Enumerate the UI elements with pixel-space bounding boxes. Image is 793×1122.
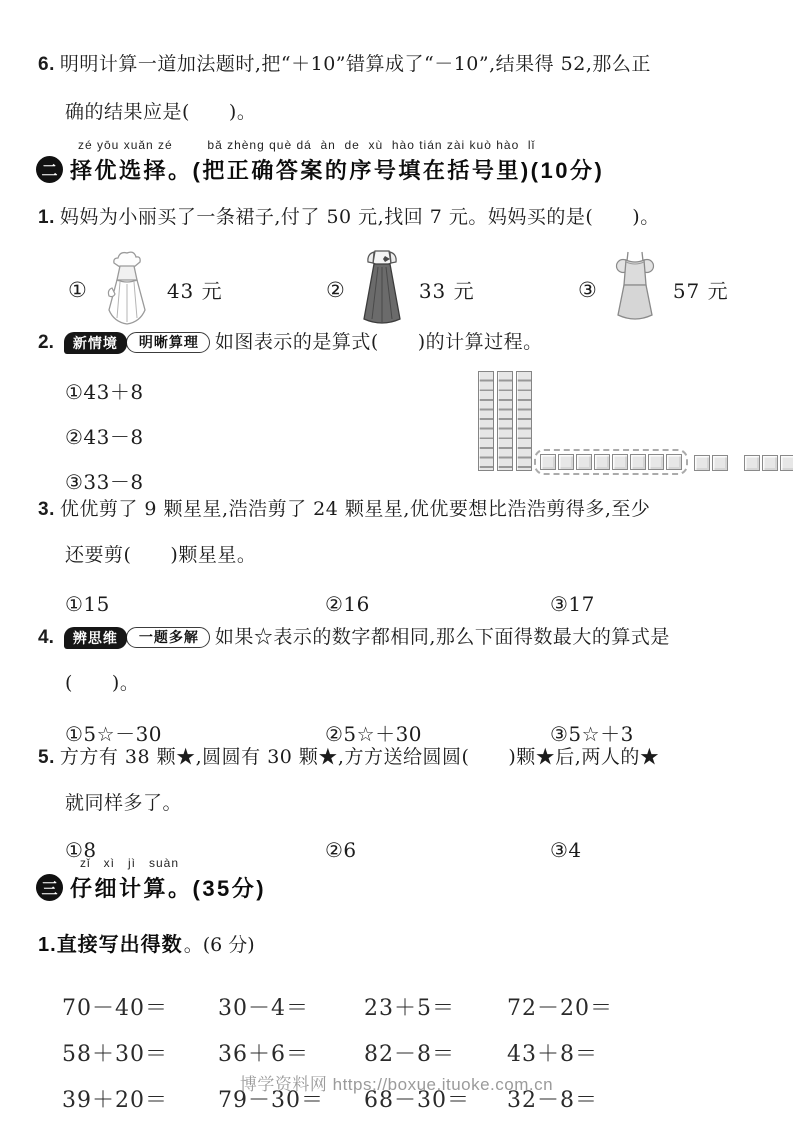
- question-number: 1.: [38, 207, 55, 228]
- gray-dress-icon: [604, 249, 666, 331]
- q4-option-2: ②5☆＋30: [325, 718, 550, 747]
- dress-option-1: ① 43 元: [68, 247, 326, 333]
- dress-price: 43 元: [167, 275, 223, 304]
- section-2-pinyin: zé yōu xuǎn zé bǎ zhèng què dá àn de xù …: [78, 138, 604, 152]
- question-text: 如图表示的是算式( )的计算过程。: [215, 330, 543, 356]
- q4-option-1: ①5☆－30: [65, 718, 325, 747]
- section-2-header: zé yōu xuǎn zé bǎ zhèng què dá àn de xù …: [36, 138, 604, 185]
- dress-option-2: ② 33 元: [326, 247, 578, 333]
- q3-option-2: ②16: [325, 592, 550, 616]
- option-circle-2: ②: [326, 278, 345, 302]
- question-text: 妈妈为小丽买了一条裙子,付了 50 元,找回 7 元。妈妈买的是( )。: [60, 206, 660, 228]
- blocks-rods: [478, 371, 532, 471]
- section-3-header: zǐ xì jì suàn 三 仔细计算。(35分): [36, 856, 266, 903]
- q5-option-3: ③4: [550, 838, 778, 862]
- question-number: 4.: [38, 627, 54, 649]
- math-problem: 43＋8＝: [507, 1029, 778, 1075]
- math-problem: 30－4＝: [218, 983, 364, 1029]
- math-problem: 36＋6＝: [218, 1029, 364, 1075]
- math-problem: 72－20＝: [507, 983, 778, 1029]
- mental-math-grid: 70－40＝ 30－4＝ 23＋5＝ 72－20＝ 58＋30＝ 36＋6＝ 8…: [62, 983, 778, 1121]
- math-problem: 58＋30＝: [62, 1029, 218, 1075]
- dress-options-row: ① 43 元 ②: [68, 247, 778, 333]
- blocks-dashed-group: [534, 449, 688, 475]
- blocks-triple-group: [744, 455, 793, 471]
- question-6-line2: 确的结果应是( )。: [38, 100, 778, 126]
- discern-thinking-badge: 辨思维: [64, 627, 127, 649]
- question-6: 6.明明计算一道加法题时,把“＋10”错算成了“－10”,结果得 52,那么正 …: [38, 52, 778, 125]
- question-1: 1.妈妈为小丽买了一条裙子,付了 50 元,找回 7 元。妈妈买的是( )。 ①…: [38, 205, 778, 333]
- section-3-title: 仔细计算。(35分): [70, 872, 266, 903]
- question-4-head: 4. 辨思维 一题多解 如果☆表示的数字都相同,那么下面得数最大的算式是: [38, 625, 778, 651]
- section-3-pinyin: zǐ xì jì suàn: [80, 856, 266, 870]
- question-6-line1: 6.明明计算一道加法题时,把“＋10”错算成了“－10”,结果得 52,那么正: [38, 52, 778, 78]
- base-ten-blocks-figure: [478, 371, 793, 471]
- question-1-text-line: 1.妈妈为小丽买了一条裙子,付了 50 元,找回 7 元。妈妈买的是( )。: [38, 205, 778, 231]
- worksheet-page: 6.明明计算一道加法题时,把“＋10”错算成了“－10”,结果得 52,那么正 …: [0, 0, 793, 1122]
- white-dress-icon: [94, 248, 160, 332]
- question-text: 明明计算一道加法题时,把“＋10”错算成了“－10”,结果得 52,那么正: [60, 53, 651, 75]
- blocks-pair-group: [694, 455, 728, 471]
- question-4: 4. 辨思维 一题多解 如果☆表示的数字都相同,那么下面得数最大的算式是 ( )…: [38, 625, 778, 747]
- dress-option-3: ③ 57 元: [578, 247, 778, 333]
- q3-option-1: ①15: [65, 592, 325, 616]
- question-number: 5.: [38, 747, 55, 768]
- question-number: 2.: [38, 332, 54, 354]
- calc-number: 1.: [38, 934, 57, 957]
- math-problem: 70－40＝: [62, 983, 218, 1029]
- watermark-text: 博学资料网 https://boxue.ituoke.com.cn: [0, 1070, 793, 1095]
- q3-option-3: ③17: [550, 592, 778, 616]
- question-number: 3.: [38, 499, 55, 520]
- math-problem: 23＋5＝: [364, 983, 507, 1029]
- question-4-line2: ( )。: [38, 671, 778, 697]
- question-5-line1: 5.方方有 38 颗★,圆圆有 30 颗★,方方送给圆圆( )颗★后,两人的★: [38, 745, 778, 771]
- question-number: 6.: [38, 54, 55, 75]
- question-3-line2: 还要剪( )颗星星。: [38, 543, 778, 569]
- calc-1-label-line: 1. 直接写出得数 。(6 分): [38, 928, 778, 957]
- option-circle-3: ③: [578, 278, 597, 302]
- dark-dress-icon: [352, 247, 412, 333]
- multiple-solutions-badge: 一题多解: [126, 627, 210, 648]
- calc-points: 。(6 分): [184, 930, 255, 957]
- section-2-number-icon: 二: [36, 156, 63, 183]
- question-2-head: 2. 新情境 明晰算理 如图表示的是算式( )的计算过程。: [38, 330, 778, 356]
- q5-option-2: ②6: [325, 838, 550, 862]
- clear-reasoning-badge: 明晰算理: [126, 332, 210, 353]
- q4-option-3: ③5☆＋3: [550, 718, 778, 747]
- question-5: 5.方方有 38 颗★,圆圆有 30 颗★,方方送给圆圆( )颗★后,两人的★ …: [38, 745, 778, 862]
- question-5-line2: 就同样多了。: [38, 791, 778, 817]
- dress-price: 33 元: [419, 275, 475, 304]
- question-text: 如果☆表示的数字都相同,那么下面得数最大的算式是: [215, 625, 670, 651]
- question-3-line1: 3.优优剪了 9 颗星星,浩浩剪了 24 颗星星,优优要想比浩浩剪得多,至少: [38, 497, 778, 523]
- dress-price: 57 元: [673, 275, 729, 304]
- question-text: 优优剪了 9 颗星星,浩浩剪了 24 颗星星,优优要想比浩浩剪得多,至少: [60, 498, 651, 520]
- section-2-title: 择优选择。(把正确答案的序号填在括号里)(10分): [70, 154, 604, 185]
- option-circle-1: ①: [68, 278, 87, 302]
- section-3-number-icon: 三: [36, 874, 63, 901]
- calc-label: 直接写出得数: [57, 928, 183, 957]
- new-context-badge: 新情境: [64, 332, 127, 354]
- question-text: 方方有 38 颗★,圆圆有 30 颗★,方方送给圆圆( )颗★后,两人的★: [60, 746, 659, 768]
- question-2: 2. 新情境 明晰算理 如图表示的是算式( )的计算过程。 ①43＋8 ②43－…: [38, 330, 778, 503]
- math-problem: 82－8＝: [364, 1029, 507, 1075]
- question-3: 3.优优剪了 9 颗星星,浩浩剪了 24 颗星星,优优要想比浩浩剪得多,至少 还…: [38, 497, 778, 616]
